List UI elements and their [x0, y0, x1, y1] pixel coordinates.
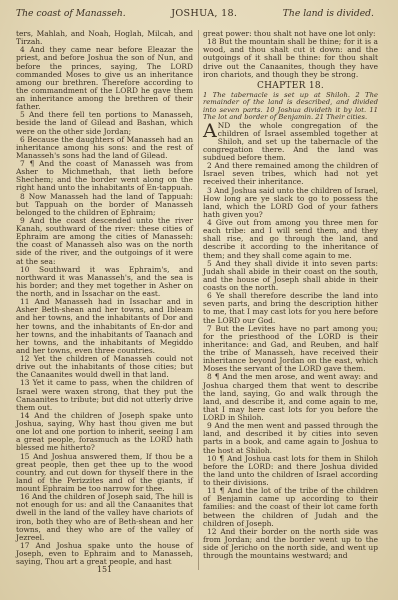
verse-continuation: ters, Mahlah, and Noah, Hoglah, Milcah, … — [16, 30, 193, 46]
chapter-heading: CHAPTER 18. — [203, 82, 378, 90]
header-left-caption: The coast of Manasseh. — [16, 8, 126, 19]
verse-17-8: 8 Now Manasseh had the land of Tappuah: … — [16, 193, 193, 217]
page-number: 151 — [16, 565, 193, 574]
verse-17-18: 18 But the mountain shall be thine; for … — [203, 38, 378, 79]
verse-17-16: 16 And the children of Joseph said, The … — [16, 493, 193, 542]
verse-18-5: 5 And they shall divide it into seven pa… — [203, 260, 378, 293]
running-header: The coast of Manasseh. JOSHUA, 18. The l… — [16, 8, 374, 24]
verse-17-14: 14 And the children of Joseph spake unto… — [16, 412, 193, 453]
verse-18-1-text: ND the whole congregation of the childre… — [203, 121, 378, 163]
verse-18-12: 12 And their border on the north side wa… — [203, 528, 378, 561]
bible-page: The coast of Manasseh. JOSHUA, 18. The l… — [0, 0, 398, 600]
verse-18-11: 11 ¶ And the lot of the tribe of the chi… — [203, 487, 378, 528]
header-book-chapter: JOSHUA, 18. — [171, 8, 237, 19]
drop-cap-letter: A — [203, 123, 217, 139]
verse-18-10: 10 ¶ And Joshua cast lots for them in Sh… — [203, 455, 378, 488]
verse-17-7: 7 ¶ And the coast of Manasseh was from A… — [16, 160, 193, 193]
verse-17-4: 4 And they came near before Eleazar the … — [16, 46, 193, 111]
verse-17-6: 6 Because the daughters of Manasseh had … — [16, 136, 193, 160]
right-column: great power: thou shalt not have one lot… — [203, 30, 378, 560]
verse-17-9: 9 And the coast descended unto the river… — [16, 217, 193, 266]
verse-17-17: 17 And Joshua spake unto the house of Jo… — [16, 542, 193, 566]
verse-17-13: 13 Yet it came to pass, when the childre… — [16, 379, 193, 412]
verse-17-10: 10 Southward it was Ephraim's, and north… — [16, 266, 193, 299]
chapter-summary: 1 The tabernacle is set up at Shiloh. 2 … — [203, 92, 378, 122]
verse-17-11: 11 And Manasseh had in Issachar and in A… — [16, 298, 193, 355]
verse-17-15: 15 And Joshua answered them, If thou be … — [16, 453, 193, 494]
header-right-caption: The land is divided. — [283, 8, 374, 19]
verse-17-12: 12 Yet the children of Manasseh could no… — [16, 355, 193, 379]
verse-18-9: 9 And the men went and passed through th… — [203, 422, 378, 455]
verse-18-6: 6 Ye shall therefore describe the land i… — [203, 292, 378, 325]
verse-18-3: 3 And Joshua said unto the children of I… — [203, 187, 378, 220]
verse-17-5: 5 And there fell ten portions to Manasse… — [16, 111, 193, 135]
verse-18-7: 7 But the Levites have no part among you… — [203, 325, 378, 374]
left-column: ters, Mahlah, and Noah, Hoglah, Milcah, … — [16, 30, 193, 566]
verse-18-4: 4 Give out from among you three men for … — [203, 219, 378, 260]
verse-18-8: 8 ¶ And the men arose, and went away: an… — [203, 373, 378, 422]
verse-18-2: 2 And there remained among the children … — [203, 162, 378, 186]
verse-18-1: AND the whole congregation of the childr… — [203, 122, 378, 163]
column-divider — [198, 30, 199, 570]
